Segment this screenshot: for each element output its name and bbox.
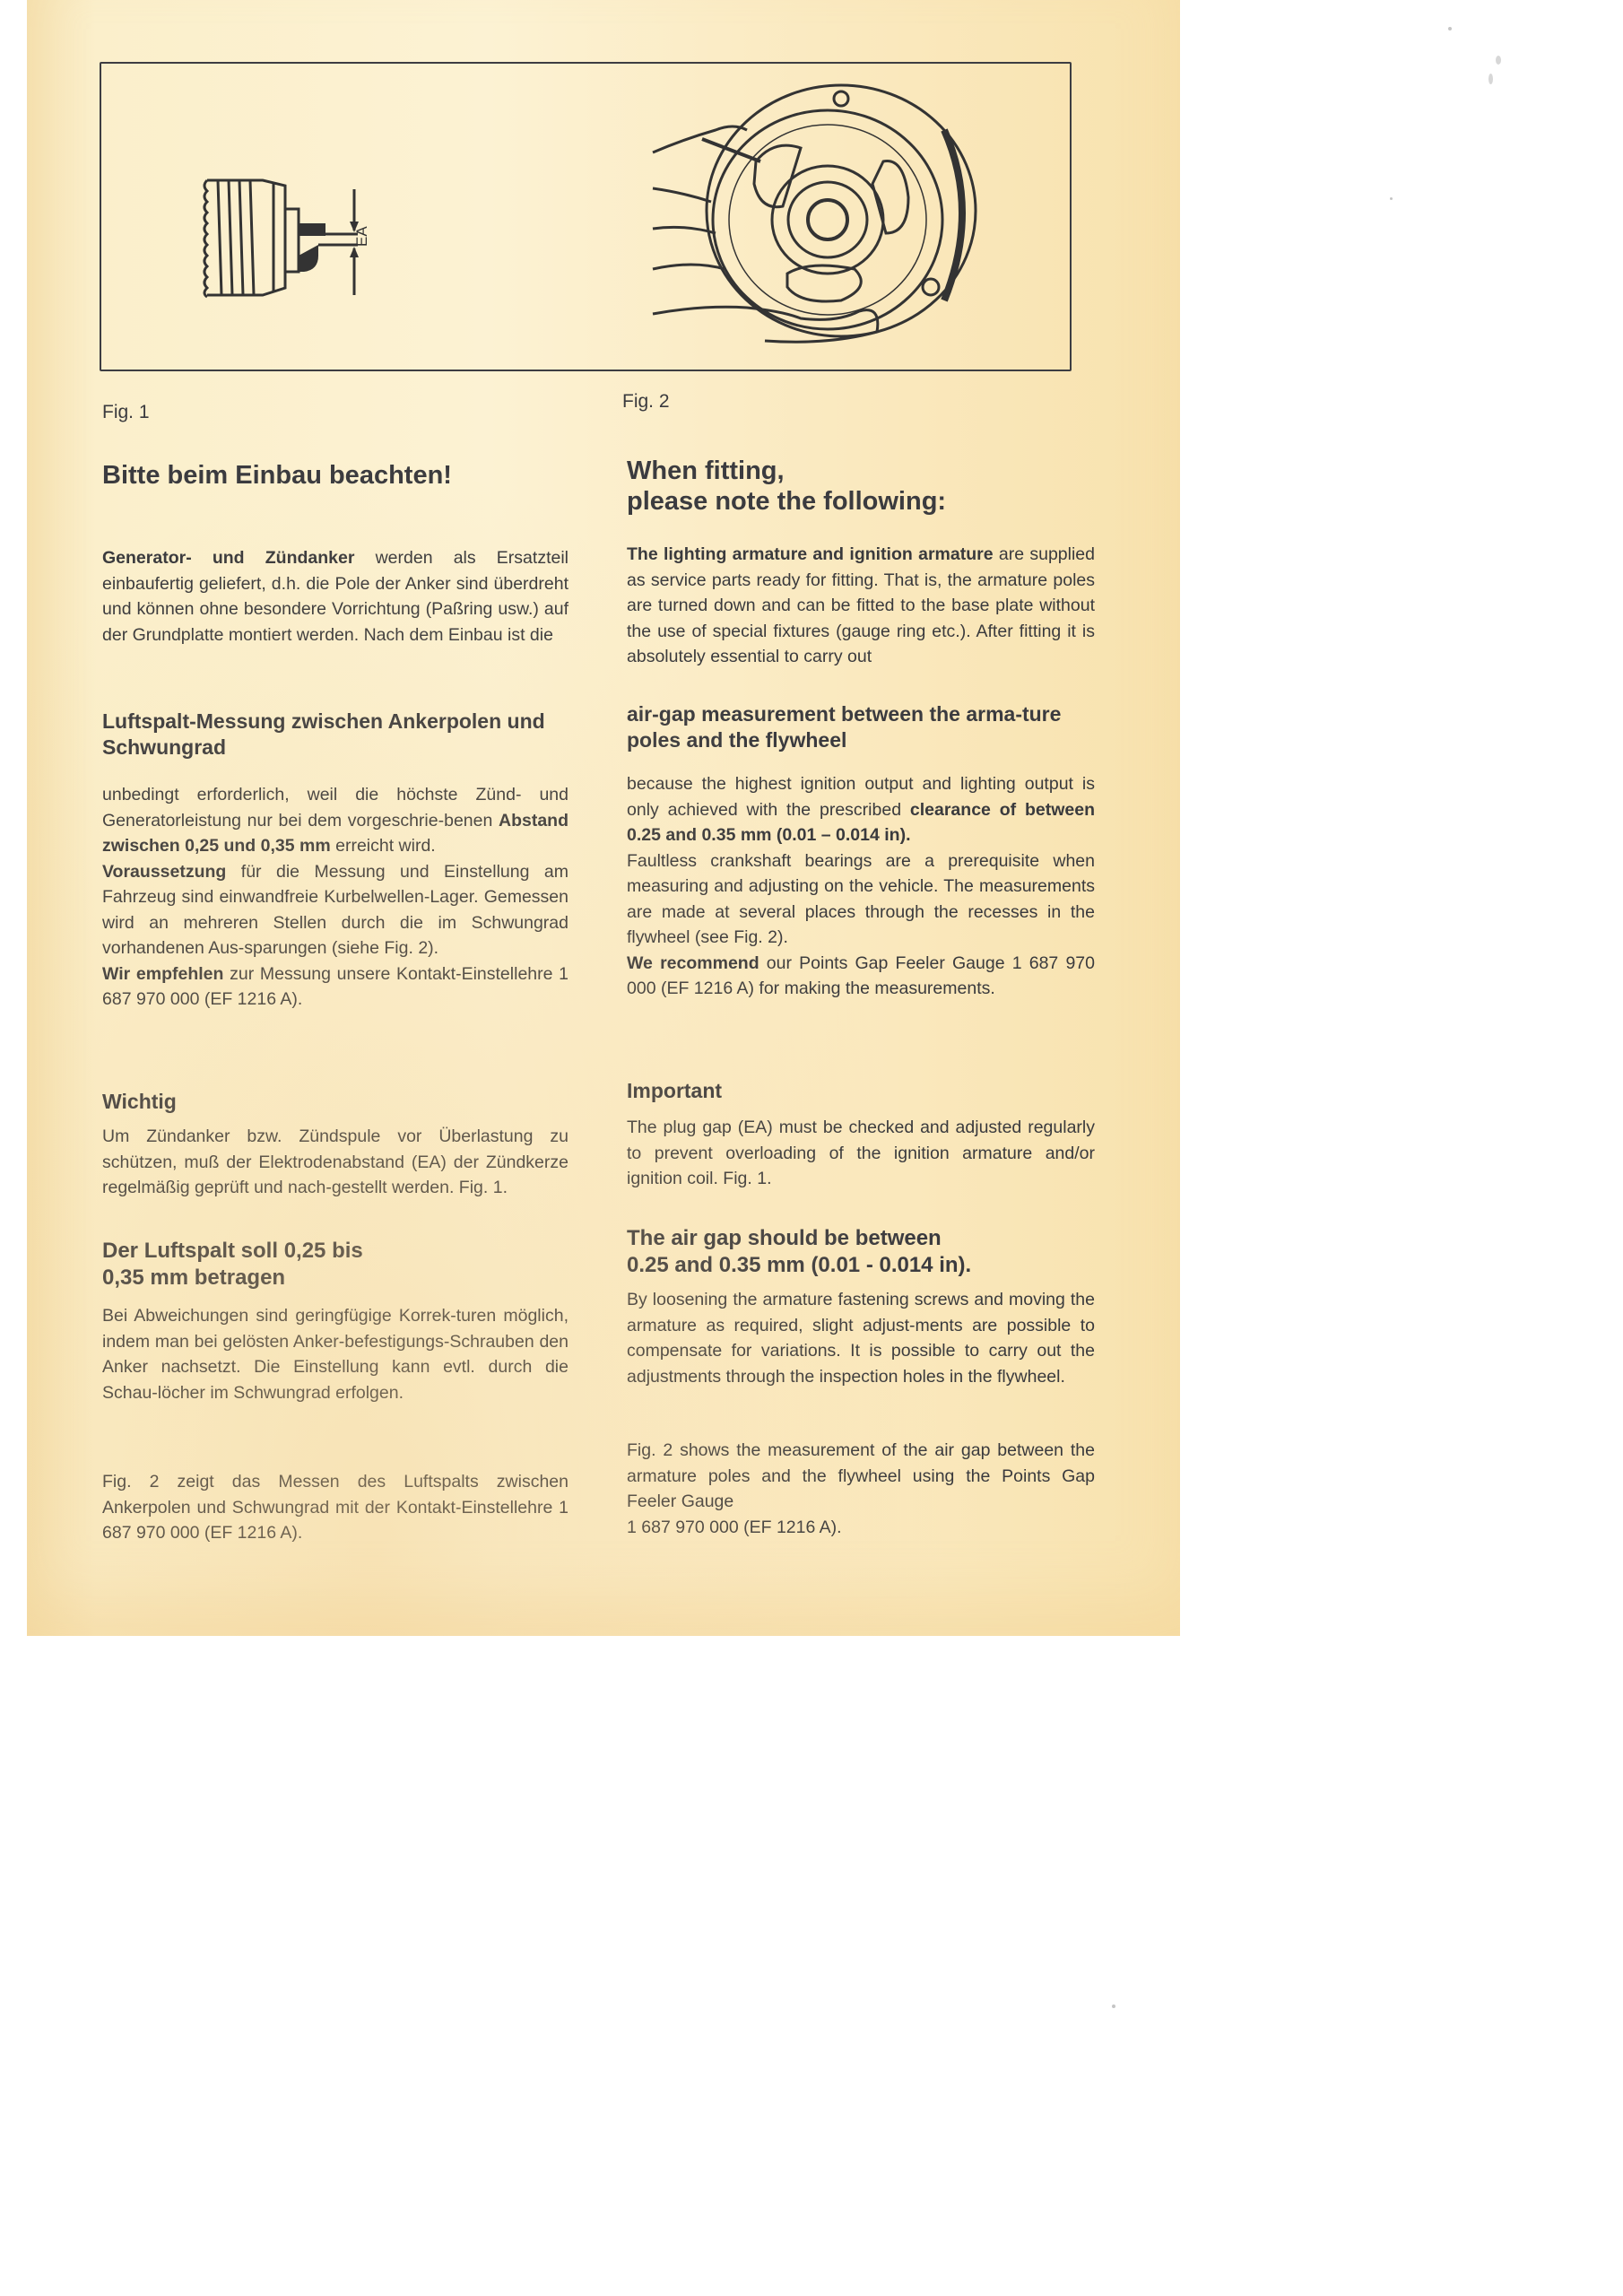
english-gap-heading-line2: 0.25 and 0.35 mm (0.01 - 0.014 in). [627,1252,1095,1279]
german-intro: Generator- und Zündanker werden als Ersa… [102,545,568,648]
spark-plug-gap-illustration: EA [200,171,379,306]
english-intro-bold: The lighting armature and ignition armat… [627,544,994,564]
english-gap-heading-line1: The air gap should be between [627,1225,1095,1252]
scanned-paper-sheet: EA [27,0,1180,1636]
scan-dust-mark [1488,74,1493,84]
german-important-text: Um Zündanker bzw. Zündspule vor Überlast… [102,1124,568,1201]
text: Fig. 2 shows the measurement of the air … [627,1440,1095,1511]
german-fig2-caption: Fig. 2 zeigt das Messen des Luftspalts z… [102,1469,568,1546]
german-intro-text: werden als Ersatzteil einbaufertig gelie… [102,548,568,645]
english-important-text: The plug gap (EA) must be checked and ad… [627,1115,1095,1192]
text: für die Messung und Einstellung am Fahrz… [102,862,568,959]
german-title: Bitte beim Einbau beachten! [102,460,568,491]
scan-dust-mark [1448,27,1452,30]
text: erreicht wird. [331,836,436,856]
english-intro: The lighting armature and ignition armat… [627,542,1095,670]
bold-text: We recommend [627,953,759,973]
german-intro-bold: Generator- und Zündanker [102,548,354,568]
scan-dust-mark [1496,56,1501,65]
english-intro-text: are supplied as service parts ready for … [627,544,1095,666]
german-measure-text: unbedingt erforderlich, weil die höchste… [102,782,568,1013]
text: zur Messung unsere Kontakt-Einstellehre … [102,964,568,1010]
flywheel-feeler-gauge-illustration [648,76,989,354]
text: 1 687 970 000 (EF 1216 A). [627,1515,842,1541]
english-measure-heading: air-gap measurement between the arma-tur… [627,701,1095,753]
english-fig2-caption: Fig. 2 shows the measurement of the air … [627,1438,1095,1540]
text: Faultless crankshaft bearings are a prer… [627,851,1095,948]
english-title-line2: please note the following: [627,486,1095,517]
svg-text:EA: EA [353,226,370,247]
bold-text: Wir empfehlen [102,964,223,984]
text: unbedingt erforderlich, weil die höchste… [102,785,568,831]
english-important-heading: Important [627,1078,1095,1104]
english-title-line1: When fitting, [627,456,1095,486]
scan-dust-mark [1390,197,1393,200]
text: because the highest ignition output and … [627,774,1095,820]
german-measure-heading: Luftspalt-Messung zwischen Ankerpolen un… [102,709,568,761]
german-important-heading: Wichtig [102,1089,568,1115]
german-gap-heading: Der Luftspalt soll 0,25 bis 0,35 mm betr… [102,1238,398,1291]
bold-text: clearance of between 0.25 and 0.35 mm (0… [627,800,1095,846]
german-gap-text: Bei Abweichungen sind geringfügige Korre… [102,1303,568,1405]
english-gap-text: By loosening the armature fastening scre… [627,1287,1095,1389]
bold-text: Voraussetzung [102,862,226,882]
text: our Points Gap Feeler Gauge 1 687 970 00… [627,953,1095,999]
figure-frame: EA [100,62,1072,371]
scan-dust-mark [1112,2005,1115,2008]
bold-text: Abstand zwischen 0,25 und 0,35 mm [102,811,568,857]
english-measure-text: because the highest ignition output and … [627,771,1095,1002]
fig1-caption-label: Fig. 1 [102,402,150,423]
fig2-caption-label: Fig. 2 [622,391,670,413]
